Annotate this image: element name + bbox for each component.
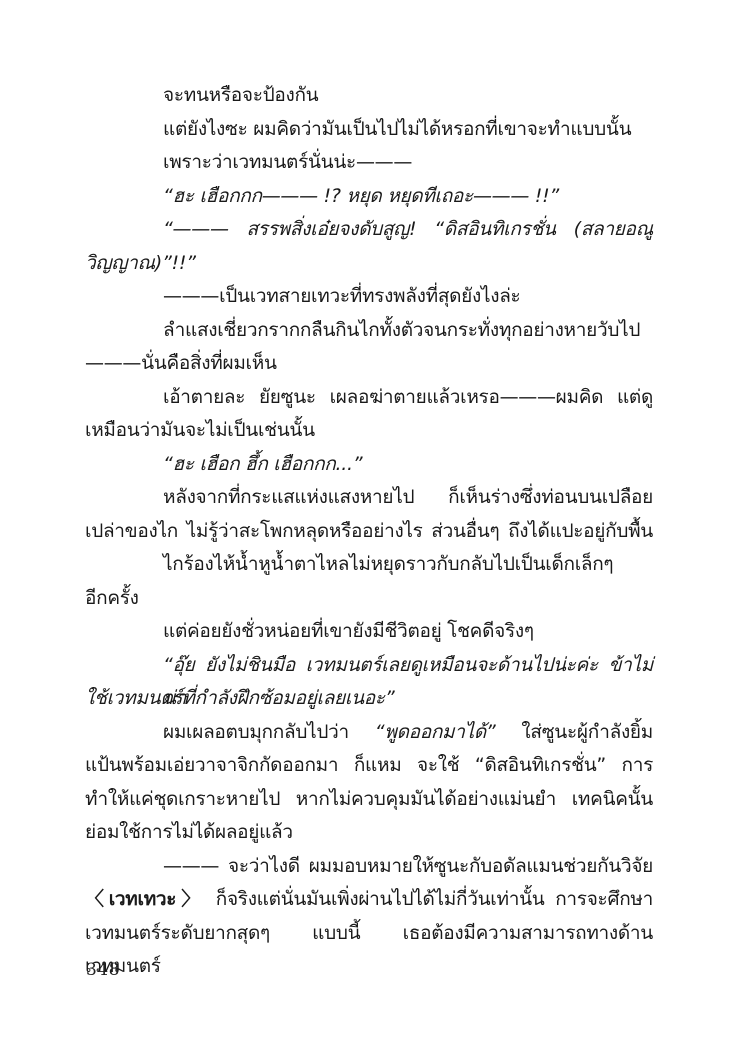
dialogue-line: ใช้เวทมนตร์ที่กำลังฝึกซ้อมอยู่เลยเนอะ” — [85, 682, 653, 716]
text-line: เอ้าตายละ ยัยซูนะ เผลอฆ่าตายแล้วเหรอ———ผ… — [85, 381, 653, 415]
text-line: ———นั่นคือสิ่งที่ผมเห็น — [85, 347, 653, 381]
book-page: จะทนหรือจะป้องกัน แต่ยังไงซะ ผมคิดว่ามัน… — [0, 0, 738, 1051]
body-text: จะทนหรือจะป้องกัน แต่ยังไงซะ ผมคิดว่ามัน… — [85, 79, 653, 950]
text-line: ย่อมใช้การไม่ได้ผลอยู่แล้ว — [85, 816, 653, 850]
dialogue-line: “ฮะ เฮือกกก——— !? หยุด หยุดทีเถอะ——— !!” — [85, 180, 653, 214]
spell-name: 〈เวทเทวะ〉 — [85, 888, 205, 910]
text-line: 〈เวทเทวะ〉 ก็จริงแต่นั่นมันเพิ่งผ่านไปได้… — [85, 883, 653, 917]
dialogue-line: “อุ๊ย ยังไม่ชินมือ เวทมนตร์เลยดูเหมือนจะ… — [85, 649, 653, 683]
quoted-phrase: “พูดออกมาได้” — [375, 721, 496, 743]
text-line: แป้นพร้อมเอ่ยวาจาจิกกัดออกมา ก็แหม จะใช้… — [85, 749, 653, 783]
dialogue-line: “ฮะ เฮือก ฮึ้ก เฮือกกก...” — [85, 448, 653, 482]
text-line: ลำแสงเชี่ยวกรากกลืนกินไกทั้งตัวจนกระทั่ง… — [85, 314, 653, 348]
text-line: แต่ยังไงซะ ผมคิดว่ามันเป็นไปไม่ได้หรอกที… — [85, 113, 653, 147]
text-line: แต่ค่อยยังชั่วหน่อยที่เขายังมีชีวิตอยู่ … — [85, 615, 653, 649]
text-line: อีกครั้ง — [85, 582, 653, 616]
text-line: หลังจากที่กระแสแห่งแสงหายไป ก็เห็นร่างซึ… — [85, 481, 653, 515]
text-line: เหมือนว่ามันจะไม่เป็นเช่นนั้น — [85, 414, 653, 448]
page-number: 348 — [86, 960, 120, 980]
text-line: ———เป็นเวทสายเทวะที่ทรงพลังที่สุดยังไงล่… — [85, 280, 653, 314]
text-segment: ผมเผลอตบมุกกลับไปว่า — [163, 721, 375, 743]
text-line: เวทมนตร์ระดับยากสุดๆ แบบนี้ เธอต้องมีควา… — [85, 917, 653, 951]
text-segment: ก็จริงแต่นั่นมันเพิ่งผ่านไปได้ไม่กี่วันเ… — [205, 888, 653, 910]
text-line: ทำให้แค่ชุดเกราะหายไป หากไม่ควบคุมมันได้… — [85, 783, 653, 817]
text-line: ผมเผลอตบมุกกลับไปว่า “พูดออกมาได้” ใส่ซู… — [85, 716, 653, 750]
text-line: เพราะว่าเวทมนตร์นั่นน่ะ——— — [85, 146, 653, 180]
text-line: ไกร้องไห้น้ำหูน้ำตาไหลไม่หยุดราวกับกลับไ… — [85, 548, 653, 582]
text-segment: ใส่ซูนะผู้กำลังยิ้ม — [495, 721, 653, 743]
text-line: เปล่าของไก ไม่รู้ว่าสะโพกหลุดหรืออย่างไร… — [85, 515, 653, 549]
dialogue-line: วิญญาณ)”!!” — [85, 247, 653, 281]
dialogue-line: “——— สรรพสิ่งเอ๋ยจงดับสูญ! “ดิสอินทิเกรช… — [85, 213, 653, 247]
text-line: ——— จะว่าไงดี ผมมอบหมายให้ซูนะกับอดัลแมน… — [85, 850, 653, 884]
text-line: จะทนหรือจะป้องกัน — [85, 79, 653, 113]
